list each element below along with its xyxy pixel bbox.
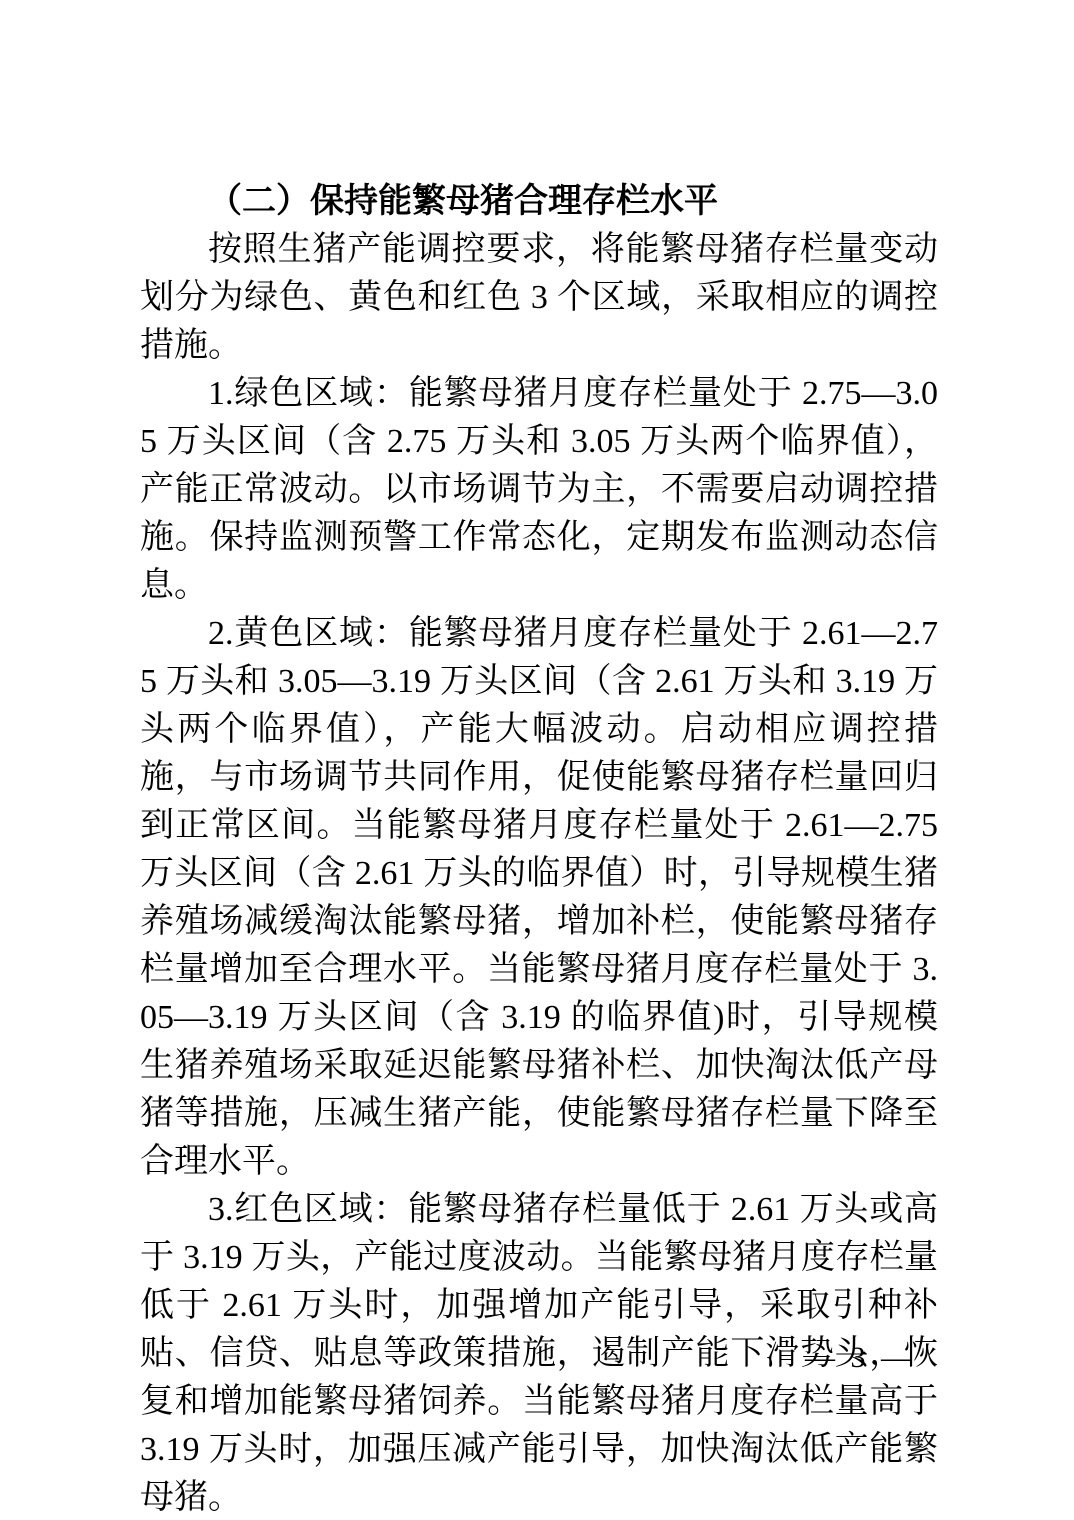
document-body: （二）保持能繁母猪合理存栏水平 按照生猪产能调控要求，将能繁母猪存栏量变动划分为… xyxy=(140,178,938,1520)
page-number: — 3 — xyxy=(800,1340,920,1376)
section-heading: （二）保持能繁母猪合理存栏水平 xyxy=(140,178,938,226)
paragraph-green-zone: 1.绿色区域：能繁母猪月度存栏量处于 2.75—3.05 万头区间（含 2.75… xyxy=(140,370,938,610)
paragraph-intro: 按照生猪产能调控要求，将能繁母猪存栏量变动划分为绿色、黄色和红色 3 个区域，采… xyxy=(140,226,938,370)
paragraph-yellow-zone: 2.黄色区域：能繁母猪月度存栏量处于 2.61—2.75 万头和 3.05—3.… xyxy=(140,610,938,1186)
document-page: （二）保持能繁母猪合理存栏水平 按照生猪产能调控要求，将能繁母猪存栏量变动划分为… xyxy=(0,0,1074,1520)
